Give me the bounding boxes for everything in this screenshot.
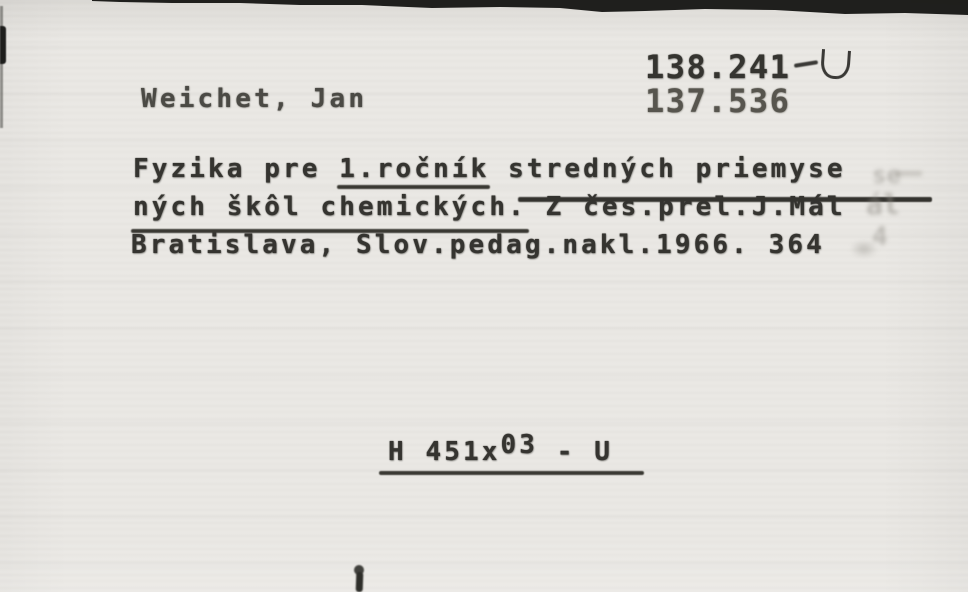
title-line-1-rest: stredných priemyse [489, 154, 845, 184]
ghost-dash [896, 171, 922, 176]
handwritten-dash [794, 60, 818, 68]
underline-call-number [379, 471, 644, 475]
handwritten-letter-u [820, 49, 851, 80]
title-line-2-underlined: ných škôl chemických. [133, 192, 527, 222]
catalog-card-scan: 138.241 137.536 Weichet, Jan Fyzika pre … [0, 0, 968, 592]
call-number: H 451x03 - U [388, 439, 613, 465]
title-line-1-pre: Fyzika pre [133, 154, 339, 184]
author-heading: Weichet, Jan [141, 86, 367, 112]
call-number-prefix: H 451x [388, 437, 501, 467]
underline-rocnik [337, 185, 490, 189]
scan-edge-left-blob [0, 26, 6, 64]
scan-bottom-smudge-knob [354, 565, 364, 575]
ghost-blob [850, 240, 878, 258]
secondary-number: 137.536 [645, 85, 790, 117]
title-line-1-underlined: 1.ročník [339, 154, 489, 184]
underline-skol-chemickych [131, 229, 529, 233]
imprint-line: Bratislava, Slov.pedag.nakl.1966. 364 [131, 232, 825, 258]
accession-number: 138.241 [645, 51, 790, 83]
scan-edge-left-strip [0, 6, 3, 128]
call-number-superscript: 03 [501, 430, 539, 460]
scan-edge-top [0, 0, 968, 16]
ghost-mark-2: ál [866, 191, 900, 219]
title-line-1: Fyzika pre 1.ročník stredných priemyse [133, 156, 846, 182]
call-number-suffix: - U [538, 437, 613, 467]
